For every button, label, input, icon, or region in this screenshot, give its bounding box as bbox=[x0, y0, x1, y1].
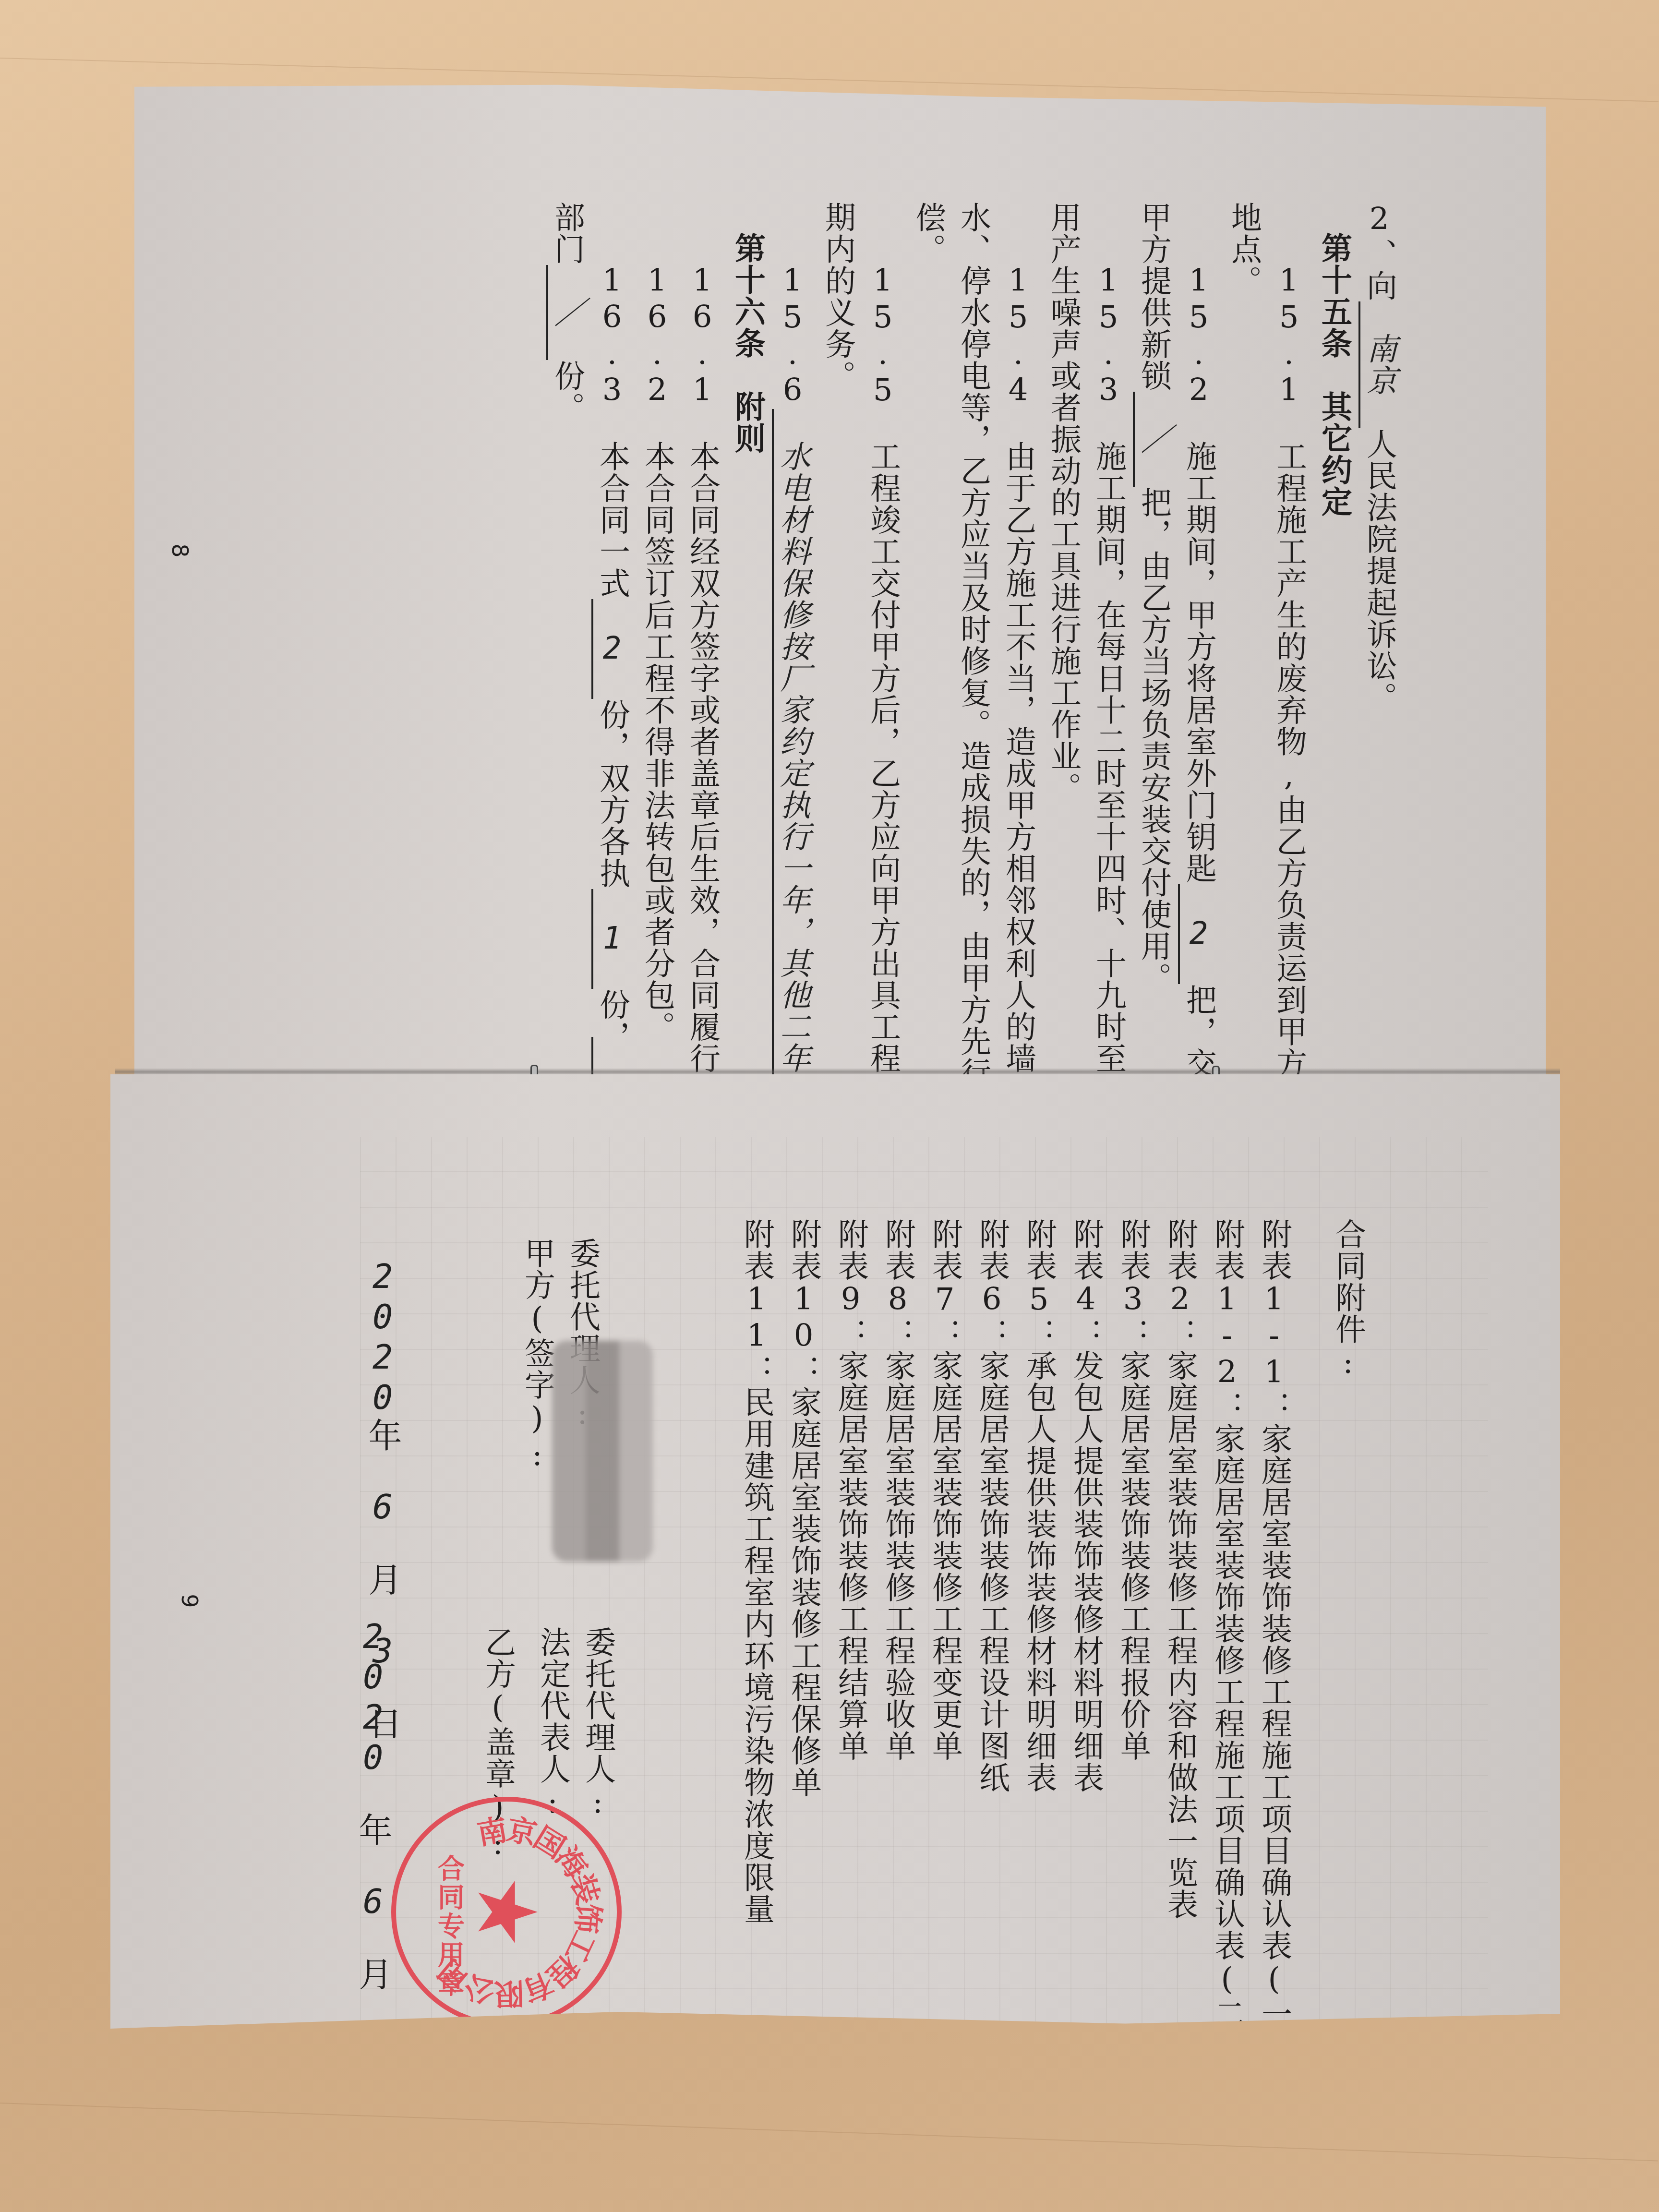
clause-line: 15.5 工程竣工交付甲方后，乙方应向甲方出具工程质量保修卡（单），承诺保修 bbox=[860, 202, 905, 1018]
party-b-date-month: 6 bbox=[352, 1882, 393, 1922]
clause-text: 第十五条 其它约定 bbox=[1316, 232, 1352, 517]
clause-line: 用产生噪声或者振动的工具进行施工作业。 bbox=[1041, 202, 1086, 1018]
attachment-item: 附表10：家庭居室装饰装修工程保修单 bbox=[781, 1218, 826, 1986]
party-b-date-year: 2020 bbox=[352, 1617, 393, 1778]
attachment-item: 附表1-2：家庭居室装饰装修工程施工项目确认表(二) bbox=[1204, 1218, 1250, 1986]
clause-text: 第十六条 附则 bbox=[730, 232, 765, 454]
clause-line: 甲方提供新锁 ／ 把，由乙方当场负责安装交付使用。 bbox=[1131, 202, 1176, 1018]
clause-text: 份。 bbox=[549, 360, 585, 423]
attachment-item: 附表11：民用建筑工程室内环境污染物浓度限量 bbox=[734, 1218, 779, 1986]
attachment-item: 附表6：家庭居室装饰装修工程设计图纸 bbox=[969, 1218, 1014, 1986]
handwritten-entry: 南京 bbox=[1358, 301, 1397, 428]
clause-text: 部门 bbox=[549, 202, 585, 265]
clause-line: 16.1 本合同经双方签字或者盖章后生效，合同履行完毕后终止。 bbox=[680, 202, 725, 1018]
attachment-item: 附表9：家庭居室装饰装修工程结算单 bbox=[828, 1218, 873, 1986]
clause-text: 16.3 本合同一式 bbox=[594, 263, 630, 599]
clause-line: 地点。 bbox=[1221, 202, 1266, 1018]
handwritten-entry: 2 bbox=[591, 599, 630, 699]
clause-line: 偿。 bbox=[905, 202, 950, 1018]
clause-text: 15.6 bbox=[775, 263, 810, 409]
handwritten-entry: 1 bbox=[591, 889, 630, 989]
clause-text: 期内的义务。 bbox=[820, 202, 855, 392]
month-unit: 月 bbox=[353, 1957, 393, 1991]
clause-text: 份， bbox=[594, 989, 630, 1037]
clause-text: 用产生噪声或者振动的工具进行施工作业。 bbox=[1046, 202, 1081, 804]
handwritten-entry: ／ bbox=[1133, 392, 1171, 487]
party-b-date: 2020 年 6 月 3 日 bbox=[350, 1617, 396, 2001]
clause-text: 甲方提供新锁 bbox=[1136, 202, 1171, 392]
clause-line: 水、停水停电等，乙方应当及时修复。造成损失的，由甲方先行赔偿后有权向乙方追 bbox=[950, 202, 996, 1018]
attachments-list: 合同附件: 附表1-1：家庭居室装饰装修工程施工项目确认表(一)附表1-2：家庭… bbox=[732, 1218, 1370, 1986]
clause-text: 16.2 本合同签订后工程不得非法转包或者分包。 bbox=[639, 263, 675, 1043]
party-a-date: 2020年 6 月 3 日 bbox=[360, 1257, 405, 1641]
clause-line: 15.2 施工期间，甲方将居室外门钥匙 2 把，交给乙方保管。房屋移交时， bbox=[1176, 202, 1221, 1018]
attachment-item: 附表8：家庭居室装饰装修工程验收单 bbox=[875, 1218, 920, 1986]
clause-text: 地点。 bbox=[1226, 202, 1262, 297]
clause-text: 15.2 施工期间，甲方将居室外门钥匙 bbox=[1181, 263, 1216, 884]
clause-line: 16.3 本合同一式 2 份，双方各执 1 份， ／ bbox=[589, 202, 635, 1018]
attachment-item: 附表4：发包人提供装饰装修材料明细表 bbox=[1063, 1218, 1108, 1986]
party-a-date-month: 6 bbox=[362, 1487, 402, 1527]
attachment-item: 附表7：家庭居室装饰装修工程变更单 bbox=[922, 1218, 967, 1986]
clause-line: 16.2 本合同签订后工程不得非法转包或者分包。 bbox=[635, 202, 680, 1018]
seal-company-name: 南京国海装饰工程有限公司 bbox=[396, 1802, 617, 2022]
clause-line: 15.6 水电材料保修按厂家约定执行一年，其他二年保修。 bbox=[770, 202, 815, 1018]
page-8-body: 2、向 南京 人民法院提起诉讼。第十五条 其它约定15.1 工程施工产生的废弃物… bbox=[544, 202, 1402, 1018]
contract-page-8: 2、向 南京 人民法院提起诉讼。第十五条 其它约定15.1 工程施工产生的废弃物… bbox=[134, 77, 1546, 1075]
attachment-item: 附表1-1：家庭居室装饰装修工程施工项目确认表(一) bbox=[1251, 1218, 1297, 1986]
wood-grain bbox=[0, 2103, 1658, 2162]
clause-line: 15.1 工程施工产生的废弃物,由乙方负责运到甲方（或物业管理部门）指定的 bbox=[1266, 202, 1311, 1018]
clause-line: 部门 ／ 份。 bbox=[544, 202, 589, 1018]
handwritten-entry: ／ bbox=[546, 265, 585, 360]
month-unit: 月 bbox=[363, 1562, 402, 1597]
section-heading: 第十六条 附则 bbox=[725, 202, 770, 1018]
handwritten-entry: 2 bbox=[1178, 884, 1216, 984]
section-heading: 第十五条 其它约定 bbox=[1311, 202, 1357, 1018]
year-unit: 年 bbox=[363, 1418, 402, 1453]
attachment-item: 附表5：承包人提供装饰装修材料明细表 bbox=[1016, 1218, 1061, 1986]
company-seal: ★ 南京国海装饰工程有限公司 合同专用章 bbox=[391, 1797, 622, 2027]
party-a-date-year: 2020 bbox=[362, 1257, 402, 1418]
seal-purpose: 合同专用章 bbox=[430, 1854, 468, 1998]
attachment-item: 附表2：家庭居室装饰装修工程内容和做法一览表 bbox=[1157, 1218, 1202, 1986]
clause-text: 把，由乙方当场负责安装交付使用。 bbox=[1136, 487, 1171, 994]
clause-line: 15.4 由于乙方施工不当，造成甲方相邻权利人的墙体损坏、管道堵塞、渗漏 bbox=[996, 202, 1041, 1018]
attachment-item: 附表3：家庭居室装饰装修工程报价单 bbox=[1110, 1218, 1155, 1986]
clause-line: 期内的义务。 bbox=[815, 202, 860, 1018]
clause-line: 2、向 南京 人民法院提起诉讼。 bbox=[1357, 202, 1402, 1018]
clause-text: 份，双方各执 bbox=[594, 699, 630, 889]
clause-text: 偿。 bbox=[910, 202, 946, 265]
contract-page-9: 合同附件: 附表1-1：家庭居室装饰装修工程施工项目确认表(一)附表1-2：家庭… bbox=[110, 1074, 1560, 2063]
clause-line: 15.3 施工期间，在每日十二时至十四时、十九时至次日七时之间，乙方不得使 bbox=[1086, 202, 1131, 1018]
attachments-title: 合同附件: bbox=[1325, 1218, 1370, 1986]
page-number: 8 bbox=[167, 543, 193, 557]
day-unit: 日 bbox=[353, 2101, 393, 2135]
redacted-signature bbox=[552, 1341, 653, 1562]
page-number: 9 bbox=[177, 1594, 203, 1608]
year-unit: 年 bbox=[353, 1813, 393, 1847]
clause-text: 2、向 bbox=[1361, 202, 1397, 301]
clause-text: 人民法院提起诉讼。 bbox=[1361, 428, 1397, 713]
party-b-date-day: 3 bbox=[352, 2026, 393, 2066]
